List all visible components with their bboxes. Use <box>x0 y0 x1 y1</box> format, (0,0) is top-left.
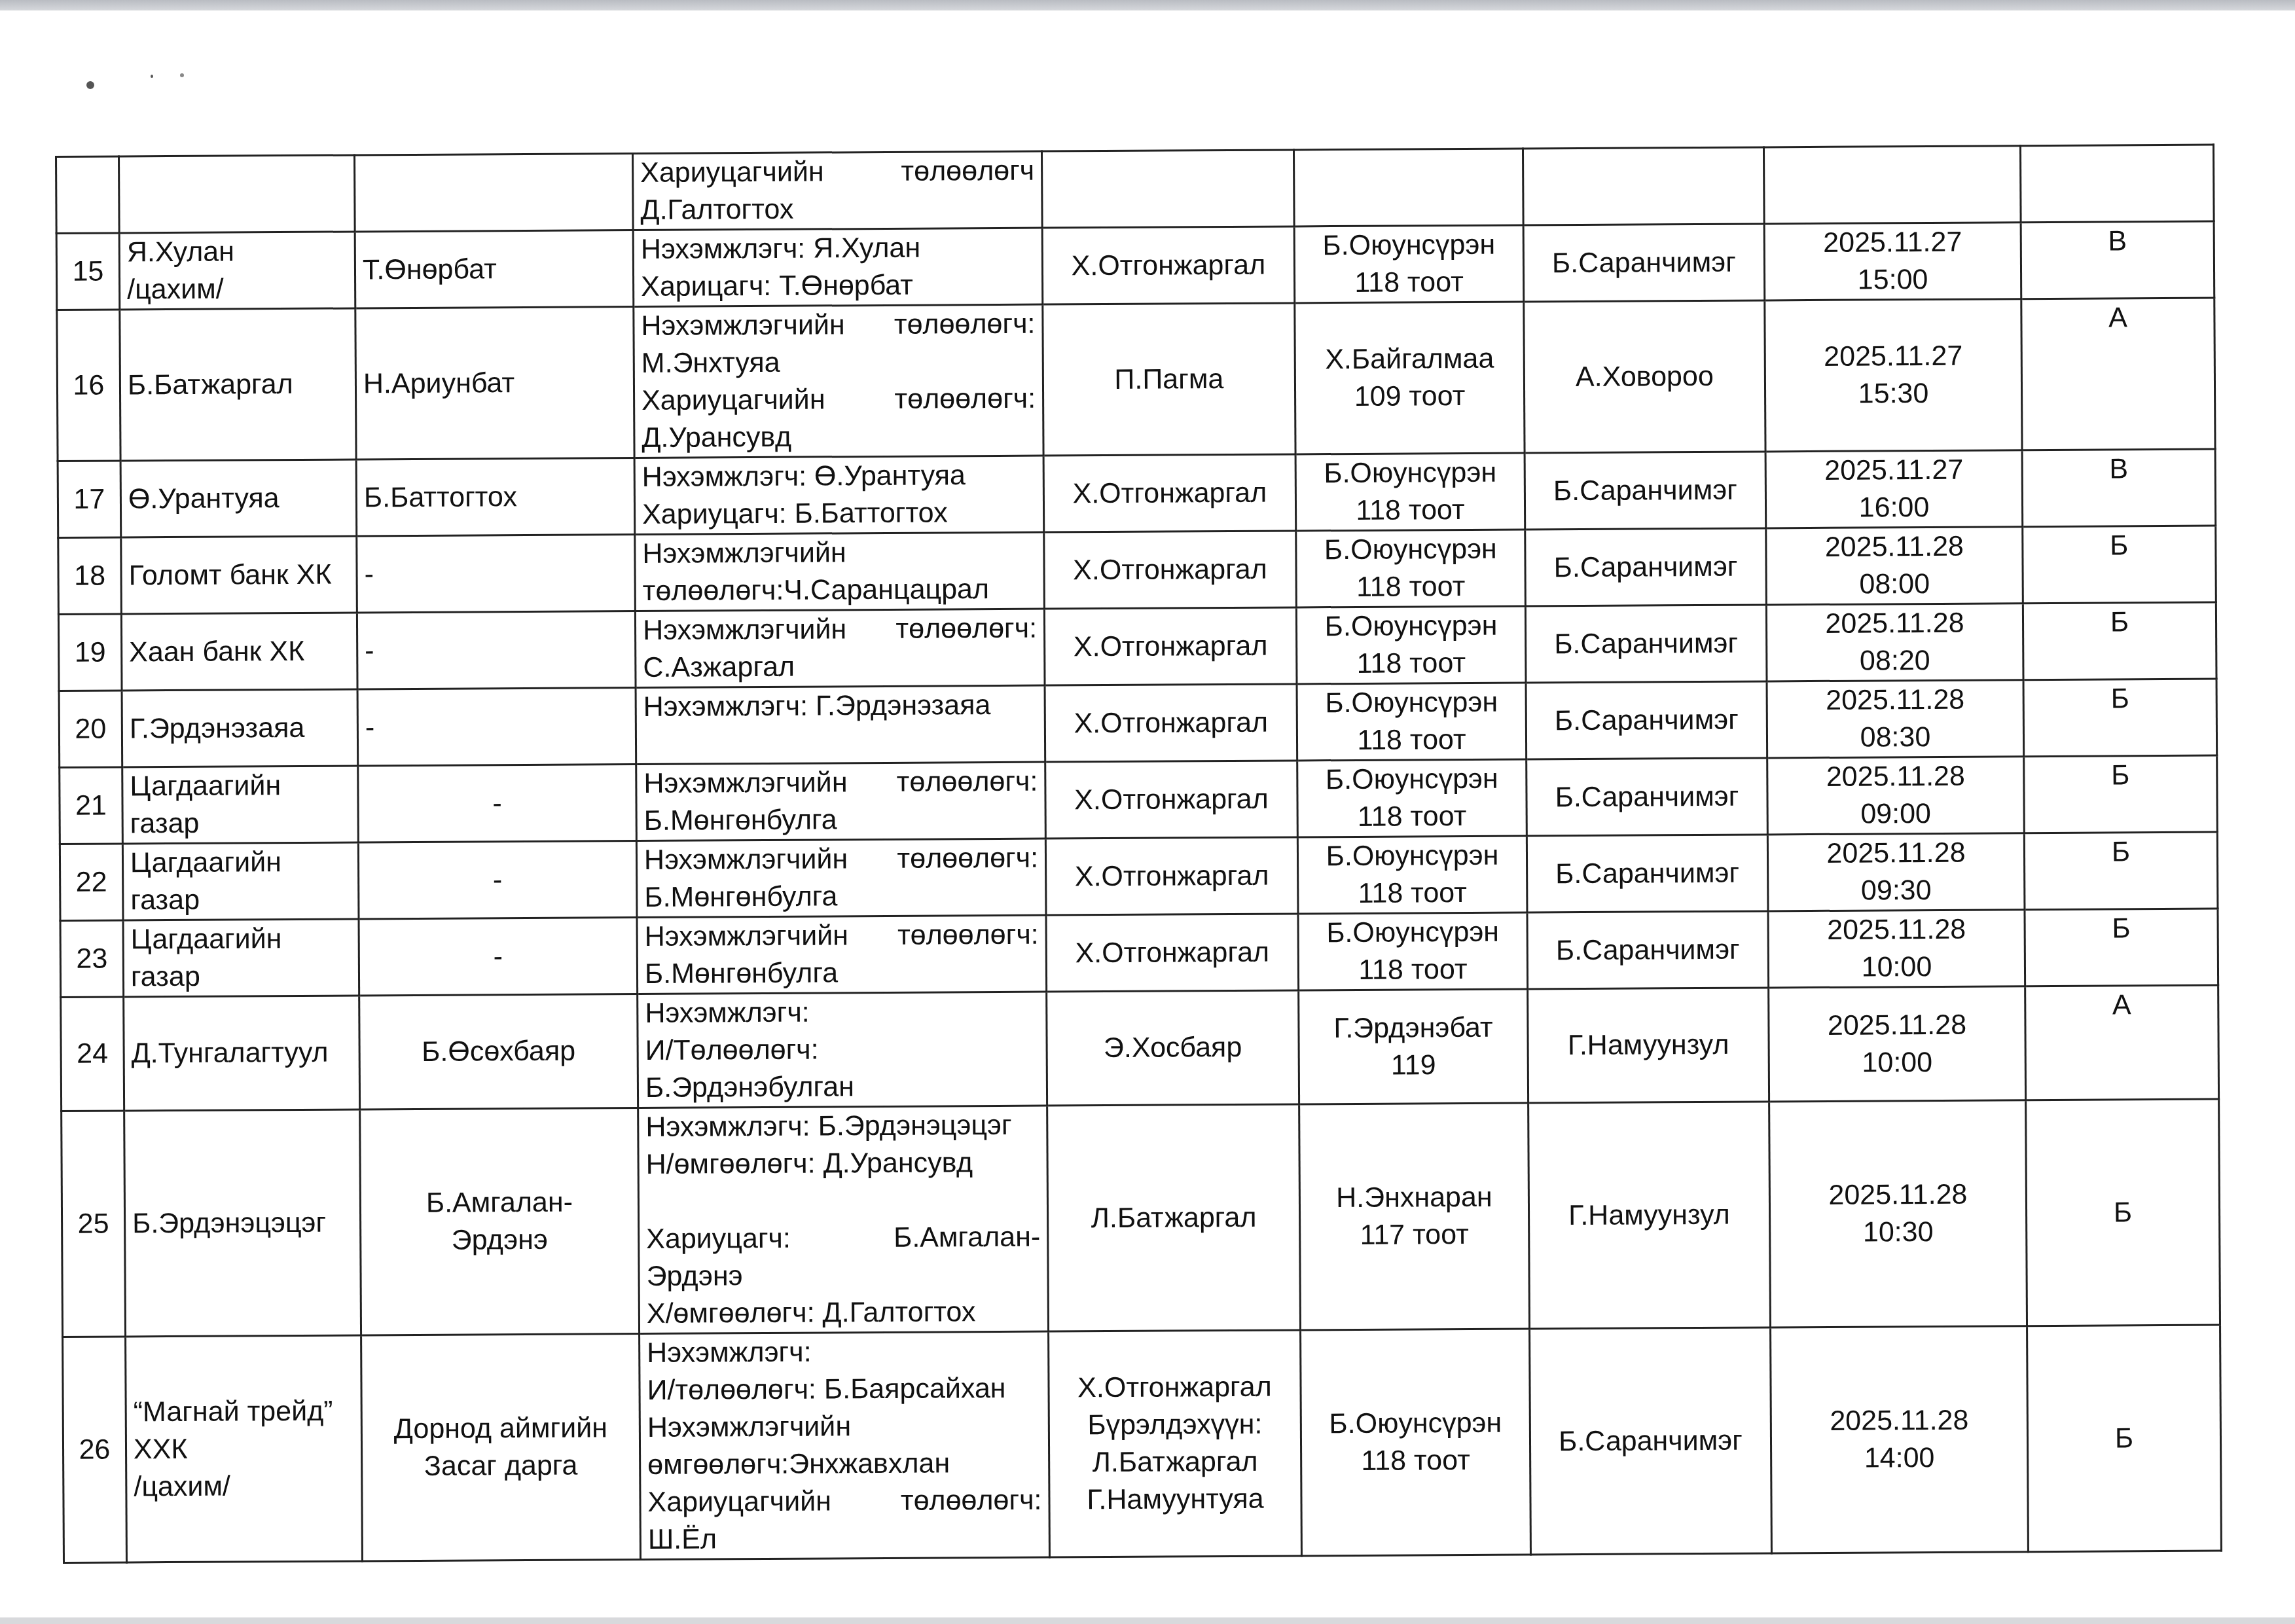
table-row: 19Хаан банк ХК-Нэхэмжлэгчийн төлөөлөгч:С… <box>58 602 2216 691</box>
parties-line: Нэхэмжлэгч: Г.Эрдэнэзаяа <box>643 687 1038 726</box>
cell-datetime: 2025.11.2814:00 <box>1771 1326 2029 1553</box>
parties-line: Харицагч: Т.Өнөрбат <box>641 266 1035 306</box>
cell-type: Б <box>2023 526 2216 604</box>
defendant-line: - <box>365 784 628 823</box>
cell-type: Б <box>2024 832 2218 910</box>
cell-room: Б.Оюунсүрэн118 тоот <box>1294 225 1524 303</box>
plaintiff-line: Цагдаагийн <box>130 843 351 882</box>
cell-defendant: Т.Өнөрбат <box>355 230 634 308</box>
plaintiff-line: газар <box>130 804 351 842</box>
hearing-date: 2025.11.28 <box>1777 1176 2019 1214</box>
hearing-time: 09:00 <box>1775 795 2017 833</box>
room-line: 118 тоот <box>1302 264 1516 302</box>
cell-defendant: - <box>357 535 636 613</box>
cell-plaintiff: Я.Хулан/цахим/ <box>119 232 355 310</box>
cell-judge: Х.Отгонжаргал <box>1044 607 1297 685</box>
parties-line: Нэхэмжлэгчийн төлөөлөгч: <box>644 840 1038 879</box>
parties-line: Н/өмгөөлөгч: Д.Урансувд <box>645 1144 1039 1183</box>
cell-judge <box>1041 150 1294 228</box>
cell-datetime: 2025.11.2716:00 <box>1765 450 2023 528</box>
hearing-time: 10:00 <box>1777 1043 2018 1082</box>
room-line: 109 тоот <box>1303 378 1517 416</box>
cell-room: Б.Оюунсүрэн118 тоот <box>1301 1329 1531 1556</box>
cell-room: Г.Эрдэнэбат119 <box>1299 989 1528 1104</box>
cell-plaintiff: “Магнай трейд”ХХК/цахим/ <box>126 1335 363 1562</box>
judge-line: Х.Отгонжаргал <box>1056 1368 1293 1407</box>
cell-plaintiff: Цагдаагийнгазар <box>122 766 359 844</box>
clerk-line: Г.Намуунзул <box>1535 1026 1761 1064</box>
judge-line: Х.Отгонжаргал <box>1053 704 1290 742</box>
parties-line: Б.Мөнгөнбулга <box>644 801 1038 840</box>
cell-plaintiff: Цагдаагийнгазар <box>122 842 359 920</box>
parties-line: Б.Мөнгөнбулга <box>644 877 1038 916</box>
plaintiff-line: газар <box>131 957 352 996</box>
judge-line: Г.Намуунтуяа <box>1057 1480 1293 1519</box>
parties-line: Хариуцагч: Б.Баттогтох <box>642 494 1036 533</box>
parties-line: Нэхэмжлэгчийн төлөөлөгч: <box>643 610 1037 649</box>
cell-defendant: Б.Өсөхбаяр <box>359 994 638 1110</box>
cell-clerk: Б.Саранчимэг <box>1527 835 1768 912</box>
parties-line: Б.Мөнгөнбулга <box>645 954 1039 993</box>
defendant-line: Эрдэнэ <box>368 1221 631 1259</box>
cell-parties: Нэхэмжлэгчийн төлөөлөгч:М.ЭнхтуяаХариуца… <box>634 304 1043 458</box>
judge-line: Л.Батжаргал <box>1057 1443 1293 1481</box>
cell-plaintiff: Хаан банк ХК <box>121 613 357 691</box>
table-body: Хариуцагчийн төлөөлөгч Д.Галтогтох 15Я.Х… <box>56 145 2222 1562</box>
table-row: 24Д.ТунгалагтуулБ.ӨсөхбаярНэхэмжлэгч:И/Т… <box>61 985 2219 1111</box>
cell-room: Б.Оюунсүрэн118 тоот <box>1298 912 1528 990</box>
parties-line: төлөөлөгч:Ч.Саранцацрал <box>643 571 1037 610</box>
room-line: 118 тоот <box>1309 1442 1523 1481</box>
hearing-date: 2025.11.28 <box>1775 834 2017 873</box>
cell-judge: Х.Отгонжаргал <box>1044 531 1297 609</box>
hearing-time: 08:00 <box>1774 565 2015 604</box>
cell-plaintiff: Цагдаагийнгазар <box>123 919 359 997</box>
cell-defendant: Б.Амгалан-Эрдэнэ <box>360 1108 640 1335</box>
clerk-line: Б.Саранчимэг <box>1533 624 1759 663</box>
cell-defendant: - <box>357 688 636 766</box>
defendant-line: - <box>365 631 628 670</box>
plaintiff-line: /цахим/ <box>127 270 348 309</box>
cell-clerk: Г.Намуунзул <box>1528 1102 1771 1329</box>
parties-line: Д.Галтогтох <box>640 190 1034 229</box>
cell-plaintiff: Голомт банк ХК <box>121 536 357 614</box>
cell-defendant: - <box>358 841 637 919</box>
cell-clerk: Б.Саранчимэг <box>1530 1327 1772 1555</box>
parties-line: Нэхэмжлэгчийн төлөөлөгч: <box>641 306 1035 345</box>
cell-datetime: 2025.11.2810:00 <box>1769 986 2026 1102</box>
cell-judge: П.Пагма <box>1043 303 1295 456</box>
cell-room: Б.Оюунсүрэн118 тоот <box>1296 606 1526 684</box>
plaintiff-line: Хаан банк ХК <box>129 632 350 671</box>
cell-defendant: Б.Баттогтох <box>356 458 635 536</box>
table-row: 20Г.Эрдэнэзаяа-Нэхэмжлэгч: Г.ЭрдэнэзаяаХ… <box>59 679 2217 767</box>
parties-line: Эрдэнэ <box>646 1256 1040 1295</box>
cell-parties: Нэхэмжлэгчийн төлөөлөгч:С.Азжаргал <box>635 609 1045 687</box>
room-line: Б.Оюунсүрэн <box>1304 607 1518 646</box>
hearing-date: 2025.11.27 <box>1773 337 2014 376</box>
parties-line: өмгөөлөгч:Энхжавхлан <box>647 1445 1041 1484</box>
judge-line: Э.Хосбаяр <box>1054 1028 1291 1067</box>
cell-judge: Х.Отгонжаргал <box>1045 837 1298 915</box>
defendant-line: - <box>366 861 629 899</box>
judge-line: Х.Отгонжаргал <box>1053 857 1290 895</box>
parties-line <box>646 1182 1040 1221</box>
room-line: Б.Оюунсүрэн <box>1305 837 1519 876</box>
cell-no: 15 <box>56 233 120 310</box>
clerk-line: Б.Саранчимэг <box>1534 701 1760 740</box>
parties-line: С.Азжаргал <box>643 647 1037 687</box>
judge-line: Х.Отгонжаргал <box>1052 627 1289 666</box>
parties-line: Нэхэмжлэгчийн <box>642 533 1036 573</box>
cell-parties: Нэхэмжлэгч: Ө.УрантуяаХариуцагч: Б.Батто… <box>634 456 1044 534</box>
hearing-date: 2025.11.28 <box>1775 911 2017 949</box>
cell-plaintiff: Ө.Урантуяа <box>120 460 357 537</box>
plaintiff-line: газар <box>130 880 351 919</box>
cell-defendant: - <box>358 765 637 842</box>
cell-datetime: 2025.11.2808:00 <box>1766 527 2023 605</box>
room-line: 119 <box>1307 1046 1521 1085</box>
hearing-schedule-table: Хариуцагчийн төлөөлөгч Д.Галтогтох 15Я.Х… <box>55 144 2222 1564</box>
scanner-edge-bottom <box>0 1617 2295 1624</box>
defendant-line: Дорнод аймгийн <box>369 1409 632 1448</box>
hearing-date: 2025.11.28 <box>1779 1401 2020 1440</box>
cell-type <box>2020 145 2214 223</box>
scan-speck <box>180 73 184 77</box>
judge-line: Бүрэлдэхүүн: <box>1057 1405 1293 1444</box>
parties-line: И/төлөөлөгч: Б.Баярсайхан <box>647 1370 1041 1409</box>
cell-type: В <box>2021 221 2214 299</box>
cell-no: 24 <box>61 997 124 1111</box>
cell-plaintiff: Б.Батжаргал <box>120 308 356 461</box>
cell-room: Б.Оюунсүрэн118 тоот <box>1297 683 1527 761</box>
cell-no <box>56 156 120 234</box>
plaintiff-line: Цагдаагийн <box>131 920 352 958</box>
parties-line: Хариуцагчийн төлөөлөгч: <box>642 380 1036 420</box>
clerk-line: Б.Саранчимэг <box>1532 471 1758 510</box>
cell-parties: Нэхэмжлэгчийнтөлөөлөгч:Ч.Саранцацрал <box>635 532 1045 611</box>
room-line: Б.Оюунсүрэн <box>1305 761 1519 799</box>
parties-line: Хариуцагч: Б.Амгалан- <box>646 1219 1040 1258</box>
cell-no: 18 <box>58 537 122 615</box>
cell-parties: Нэхэмжлэгч: Б.ЭрдэнэцэцэгН/өмгөөлөгч: Д.… <box>638 1106 1049 1333</box>
cell-parties: Нэхэмжлэгч:И/төлөөлөгч: Б.БаярсайханНэхэ… <box>640 1331 1050 1559</box>
cell-datetime: 2025.11.2715:00 <box>1764 223 2021 300</box>
plaintiff-line: Б.Батжаргал <box>128 365 348 404</box>
cell-clerk: Б.Саранчимэг <box>1526 681 1767 759</box>
cell-datetime: 2025.11.2810:30 <box>1769 1100 2027 1327</box>
cell-clerk: Б.Саранчимэг <box>1527 758 1768 836</box>
parties-line: Нэхэмжлэгч: <box>645 993 1039 1032</box>
judge-line: Х.Отгонжаргал <box>1051 474 1288 513</box>
room-line: 117 тоот <box>1307 1216 1521 1255</box>
room-line: Н.Энхнаран <box>1307 1179 1521 1218</box>
clerk-line: Б.Саранчимэг <box>1532 548 1758 586</box>
cell-room <box>1293 149 1523 226</box>
clerk-line: Б.Саранчимэг <box>1535 931 1761 969</box>
cell-judge: Х.Отгонжаргал <box>1043 454 1296 532</box>
parties-line: Хариуцагчийн төлөөлөгч: <box>647 1482 1041 1521</box>
defendant-line: Н.Ариунбат <box>363 364 626 403</box>
cell-parties: Нэхэмжлэгчийн төлөөлөгч:Б.Мөнгөнбулга <box>637 915 1047 994</box>
cell-parties: Нэхэмжлэгч: Г.Эрдэнэзаяа <box>636 685 1045 764</box>
room-line: 118 тоот <box>1303 492 1517 530</box>
parties-line: Нэхэмжлэгчийн төлөөлөгч: <box>645 916 1039 956</box>
cell-parties: Нэхэмжлэгчийн төлөөлөгч:Б.Мөнгөнбулга <box>636 839 1046 917</box>
room-line: 118 тоот <box>1304 645 1518 683</box>
parties-line: Нэхэмжлэгч: <box>647 1333 1041 1372</box>
cell-clerk <box>1523 147 1764 225</box>
clerk-line: Б.Саранчимэг <box>1534 854 1760 893</box>
cell-clerk: Б.Саранчимэг <box>1525 605 1767 683</box>
cell-no: 19 <box>58 614 122 691</box>
cell-defendant: - <box>357 611 636 689</box>
hearing-time: 14:00 <box>1779 1439 2020 1477</box>
parties-line: И/Төлөөлөгч: <box>645 1030 1039 1070</box>
hearing-time: 15:30 <box>1773 374 2014 413</box>
room-line: Г.Эрдэнэбат <box>1306 1009 1520 1047</box>
table-row: 25Б.ЭрдэнэцэцэгБ.Амгалан-ЭрдэнэНэхэмжлэг… <box>62 1099 2220 1337</box>
cell-type: Б <box>2023 602 2216 680</box>
cell-plaintiff <box>119 155 355 233</box>
cell-parties: Нэхэмжлэгч: Я.ХуланХарицагч: Т.Өнөрбат <box>633 228 1043 306</box>
hearing-date: 2025.11.27 <box>1772 223 2014 262</box>
plaintiff-line: ХХК <box>134 1430 354 1468</box>
plaintiff-line: “Магнай трейд” <box>134 1392 354 1431</box>
hearing-date: 2025.11.28 <box>1774 604 2015 643</box>
plaintiff-line: Голомт банк ХК <box>128 556 349 594</box>
defendant-line: Б.Баттогтох <box>364 478 627 516</box>
cell-judge: Х.Отгонжаргал <box>1045 761 1298 839</box>
cell-clerk: Б.Саранчимэг <box>1527 911 1769 989</box>
room-line: Б.Оюунсүрэн <box>1306 914 1520 952</box>
room-line: 118 тоот <box>1305 721 1519 760</box>
cell-datetime: 2025.11.2809:00 <box>1767 757 2025 835</box>
table-row-continuation: Хариуцагчийн төлөөлөгч Д.Галтогтох <box>56 145 2214 233</box>
cell-judge: Х.Отгонжаргал <box>1042 226 1295 304</box>
clerk-line: Г.Намуунзул <box>1536 1196 1762 1235</box>
cell-type: Б <box>2026 1099 2220 1326</box>
cell-no: 16 <box>57 310 120 461</box>
cell-room: Б.Оюунсүрэн118 тоот <box>1297 759 1527 837</box>
cell-clerk: Г.Намуунзул <box>1528 988 1769 1103</box>
parties-line: Нэхэмжлэгчийн төлөөлөгч: <box>643 763 1038 803</box>
parties-line: Нэхэмжлэгч: Ө.Урантуяа <box>642 457 1036 496</box>
cell-plaintiff: Д.Тунгалагтуул <box>124 996 360 1111</box>
cell-type: Б <box>2024 755 2218 833</box>
defendant-line: - <box>365 708 628 746</box>
judge-line: П.Пагма <box>1051 360 1288 399</box>
cell-no: 20 <box>59 691 122 768</box>
parties-line: Х/өмгөөлөгч: Д.Галтогтох <box>647 1293 1041 1333</box>
room-line: Б.Оюунсүрэн <box>1305 684 1519 723</box>
parties-line: Б.Эрдэнэбулган <box>645 1068 1039 1107</box>
clerk-line: А.Ховороо <box>1532 357 1758 396</box>
cell-defendant: Н.Ариунбат <box>355 307 634 460</box>
scan-speck <box>86 81 94 89</box>
room-line: 118 тоот <box>1305 798 1519 837</box>
table-row: 16Б.БатжаргалН.АриунбатНэхэмжлэгчийн төл… <box>57 298 2215 461</box>
parties-line: Ш.Ёл <box>648 1519 1042 1559</box>
cell-no: 21 <box>60 767 123 844</box>
plaintiff-line: Я.Хулан <box>127 233 348 272</box>
defendant-line: Засаг дарга <box>369 1447 632 1485</box>
room-line: Б.Оюунсүрэн <box>1309 1405 1523 1443</box>
cell-clerk: А.Ховороо <box>1524 300 1765 453</box>
cell-judge: Х.Отгонжаргал <box>1045 684 1297 762</box>
cell-defendant: - <box>359 918 638 996</box>
table-row: 21Цагдаагийнгазар-Нэхэмжлэгчийн төлөөлөг… <box>60 755 2218 844</box>
room-line: Б.Оюунсүрэн <box>1302 226 1516 265</box>
defendant-line: Б.Амгалан- <box>368 1183 631 1222</box>
hearing-time: 16:00 <box>1773 488 2015 527</box>
cell-parties: Нэхэмжлэгч:И/Төлөөлөгч:Б.Эрдэнэбулган <box>638 992 1047 1108</box>
room-line: 118 тоот <box>1304 568 1518 607</box>
table-row: 23Цагдаагийнгазар-Нэхэмжлэгчийн төлөөлөг… <box>60 909 2218 997</box>
table-row: 18Голомт банк ХК-Нэхэмжлэгчийнтөлөөлөгч:… <box>58 526 2216 614</box>
hearing-date: 2025.11.28 <box>1773 528 2015 566</box>
cell-no: 26 <box>63 1337 127 1563</box>
cell-room: Б.Оюунсүрэн118 тоот <box>1295 453 1525 531</box>
cell-datetime <box>1763 146 2021 224</box>
room-line: 118 тоот <box>1306 951 1520 990</box>
hearing-date: 2025.11.28 <box>1775 757 2016 796</box>
cell-parties: Нэхэмжлэгчийн төлөөлөгч:Б.Мөнгөнбулга <box>636 762 1046 840</box>
scanner-edge-top <box>0 0 2295 10</box>
room-line: Х.Байгалмаа <box>1303 340 1517 379</box>
cell-type: Б <box>2025 909 2218 986</box>
defendant-line: - <box>364 554 627 593</box>
cell-no: 25 <box>62 1111 126 1337</box>
plaintiff-line: Цагдаагийн <box>130 767 350 805</box>
cell-parties: Хариуцагчийн төлөөлөгч Д.Галтогтох <box>632 151 1042 230</box>
parties-line: Хариуцагчийн төлөөлөгч <box>640 153 1034 192</box>
cell-type: А <box>2021 298 2215 450</box>
plaintiff-line: Д.Тунгалагтуул <box>132 1034 352 1072</box>
judge-line: Х.Отгонжаргал <box>1054 933 1291 972</box>
cell-clerk: Б.Саранчимэг <box>1525 528 1767 606</box>
room-line: Б.Оюунсүрэн <box>1303 531 1517 569</box>
hearing-time: 10:30 <box>1777 1213 2019 1252</box>
parties-line: Нэхэмжлэгч: Б.Эрдэнэцэцэг <box>645 1107 1039 1146</box>
cell-plaintiff: Г.Эрдэнэзаяа <box>122 689 358 767</box>
cell-type: А <box>2025 985 2219 1100</box>
judge-line: Х.Отгонжаргал <box>1050 246 1287 285</box>
defendant-line: - <box>367 937 630 976</box>
clerk-line: Б.Саранчимэг <box>1531 244 1757 282</box>
judge-line: Л.Батжаргал <box>1055 1199 1292 1237</box>
plaintiff-line: /цахим/ <box>134 1467 354 1506</box>
cell-room: Н.Энхнаран117 тоот <box>1299 1103 1530 1330</box>
cell-clerk: Б.Саранчимэг <box>1525 452 1766 530</box>
cell-no: 22 <box>60 844 123 921</box>
hearing-time: 08:30 <box>1775 718 2016 757</box>
cell-type: Б <box>2023 679 2217 757</box>
clerk-line: Б.Саранчимэг <box>1534 778 1760 816</box>
hearing-date: 2025.11.27 <box>1773 451 2015 490</box>
cell-judge: Х.Отгонжаргал <box>1046 914 1299 992</box>
cell-judge: Э.Хосбаяр <box>1047 990 1299 1106</box>
cell-type: Б <box>2027 1325 2222 1552</box>
parties-line: Нэхэмжлэгч: Я.Хулан <box>641 229 1035 268</box>
defendant-line: Б.Өсөхбаяр <box>367 1032 630 1071</box>
table-row: 26“Магнай трейд”ХХК/цахим/Дорнод аймгийн… <box>63 1325 2222 1562</box>
hearing-date: 2025.11.28 <box>1775 681 2016 719</box>
parties-line: Д.Урансувд <box>642 418 1036 457</box>
cell-clerk: Б.Саранчимэг <box>1523 224 1765 302</box>
cell-room: Х.Байгалмаа109 тоот <box>1295 302 1525 454</box>
cell-defendant: Дорнод аймгийнЗасаг дарга <box>361 1334 641 1561</box>
table-row: 15Я.Хулан/цахим/Т.ӨнөрбатНэхэмжлэгч: Я.Х… <box>56 221 2214 310</box>
hearing-time: 10:00 <box>1776 948 2017 986</box>
judge-line: Х.Отгонжаргал <box>1051 550 1288 589</box>
cell-defendant <box>355 154 634 232</box>
cell-room: Б.Оюунсүрэн118 тоот <box>1296 530 1526 607</box>
hearing-time: 08:20 <box>1774 641 2015 680</box>
parties-line: М.Энхтуяа <box>642 343 1036 382</box>
plaintiff-line: Б.Эрдэнэцэцэг <box>132 1204 353 1242</box>
cell-judge: Х.ОтгонжаргалБүрэлдэхүүн:Л.БатжаргалГ.На… <box>1049 1330 1302 1557</box>
cell-datetime: 2025.11.2808:20 <box>1766 604 2023 681</box>
cell-plaintiff: Б.Эрдэнэцэцэг <box>124 1110 361 1337</box>
table-row: 22Цагдаагийнгазар-Нэхэмжлэгчийн төлөөлөг… <box>60 832 2218 920</box>
hearing-date: 2025.11.28 <box>1776 1006 2017 1045</box>
schedule-sheet: Хариуцагчийн төлөөлөгч Д.Галтогтох 15Я.Х… <box>55 144 2220 1564</box>
clerk-line: Б.Саранчимэг <box>1538 1422 1763 1460</box>
cell-judge: Л.Батжаргал <box>1047 1104 1301 1331</box>
hearing-time: 09:30 <box>1775 871 2017 910</box>
scan-speck <box>151 75 153 78</box>
cell-datetime: 2025.11.2809:30 <box>1767 833 2025 911</box>
judge-line: Х.Отгонжаргал <box>1053 780 1290 819</box>
table-row: 17Ө.УрантуяаБ.БаттогтохНэхэмжлэгч: Ө.Ура… <box>58 449 2216 537</box>
cell-datetime: 2025.11.2810:00 <box>1768 910 2025 988</box>
cell-type: В <box>2022 449 2216 527</box>
room-line: 118 тоот <box>1305 875 1519 913</box>
plaintiff-line: Г.Эрдэнэзаяа <box>130 709 350 748</box>
cell-datetime: 2025.11.2808:30 <box>1767 680 2024 758</box>
cell-room: Б.Оюунсүрэн118 тоот <box>1297 836 1527 914</box>
room-line: Б.Оюунсүрэн <box>1303 454 1517 493</box>
parties-line: Нэхэмжлэгчийн <box>647 1407 1041 1447</box>
defendant-line: Т.Өнөрбат <box>363 250 626 289</box>
cell-no: 17 <box>58 461 121 538</box>
cell-no: 23 <box>60 920 124 998</box>
plaintiff-line: Ө.Урантуяа <box>128 479 349 518</box>
cell-datetime: 2025.11.2715:30 <box>1765 299 2022 452</box>
hearing-time: 15:00 <box>1772 261 2014 299</box>
